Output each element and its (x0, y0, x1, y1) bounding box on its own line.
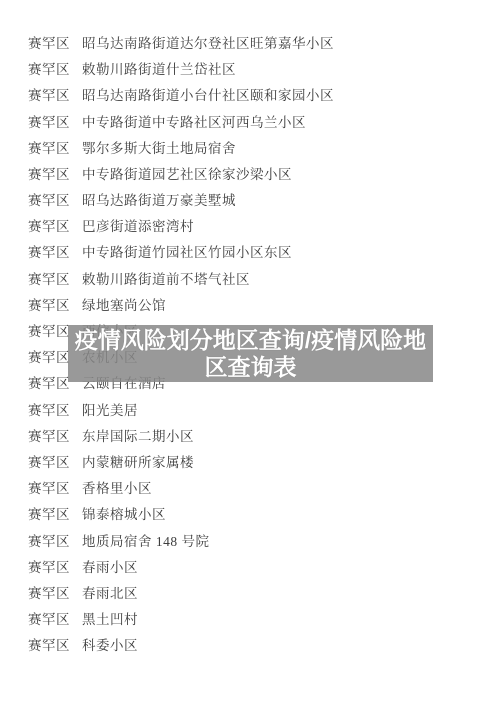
district-label: 赛罕区 (28, 294, 70, 314)
risk-area-row: 赛罕区昭乌达南路街道达尔登社区旺第嘉华小区 (28, 29, 500, 55)
risk-area-row: 赛罕区敕勒川路街道前不塔气社区 (28, 265, 500, 291)
district-label: 赛罕区 (28, 163, 70, 183)
area-name: 地质局宿舍 148 号院 (82, 530, 210, 550)
area-name: 阳光美居 (82, 399, 138, 419)
risk-area-row: 赛罕区巴彦街道添密湾村 (28, 212, 500, 238)
area-name: 鄂尔多斯大街土地局宿舍 (82, 137, 236, 157)
risk-area-row: 赛罕区东岸国际二期小区 (28, 422, 500, 448)
district-label: 赛罕区 (28, 32, 70, 52)
district-label: 赛罕区 (28, 84, 70, 104)
risk-area-row: 赛罕区中专路街道竹园社区竹园小区东区 (28, 238, 500, 264)
area-name: 昭乌达南路街道达尔登社区旺第嘉华小区 (82, 32, 334, 52)
area-name: 敕勒川路街道前不塔气社区 (82, 268, 250, 288)
area-name: 锦泰榕城小区 (82, 503, 166, 523)
area-name: 香格里小区 (82, 477, 152, 497)
risk-area-row: 赛罕区春雨北区 (28, 579, 500, 605)
district-label: 赛罕区 (28, 58, 70, 78)
area-name: 东岸国际二期小区 (82, 425, 194, 445)
watermark-banner: 疫情风险划分地区查询/疫情风险地 区查询表 (68, 325, 433, 382)
risk-area-row: 赛罕区黑土凹村 (28, 605, 500, 631)
risk-area-row: 赛罕区昭乌达南路街道小台什社区颐和家园小区 (28, 81, 500, 107)
risk-area-row: 赛罕区锦泰榕城小区 (28, 500, 500, 526)
district-label: 赛罕区 (28, 320, 70, 340)
area-name: 内蒙糖研所家属楼 (82, 451, 194, 471)
district-label: 赛罕区 (28, 372, 70, 392)
area-name: 春雨小区 (82, 556, 138, 576)
area-name: 昭乌达路街道万豪美墅城 (82, 189, 236, 209)
district-label: 赛罕区 (28, 477, 70, 497)
district-label: 赛罕区 (28, 425, 70, 445)
risk-area-row: 赛罕区中专路街道园艺社区徐家沙梁小区 (28, 160, 500, 186)
district-label: 赛罕区 (28, 556, 70, 576)
district-label: 赛罕区 (28, 399, 70, 419)
risk-area-row: 赛罕区昭乌达路街道万豪美墅城 (28, 186, 500, 212)
risk-area-row: 赛罕区内蒙糖研所家属楼 (28, 448, 500, 474)
district-label: 赛罕区 (28, 634, 70, 654)
area-name: 绿地塞尚公馆 (82, 294, 166, 314)
district-label: 赛罕区 (28, 241, 70, 261)
district-label: 赛罕区 (28, 137, 70, 157)
area-name: 中专路街道园艺社区徐家沙梁小区 (82, 163, 292, 183)
area-name: 中专路街道竹园社区竹园小区东区 (82, 241, 292, 261)
risk-area-row: 赛罕区春雨小区 (28, 553, 500, 579)
area-name: 中专路街道中专路社区河西乌兰小区 (82, 111, 306, 131)
risk-area-page: 赛罕区昭乌达南路街道达尔登社区旺第嘉华小区赛罕区敕勒川路街道什兰岱社区赛罕区昭乌… (0, 0, 500, 707)
area-name: 昭乌达南路街道小台什社区颐和家园小区 (82, 84, 334, 104)
watermark-title-line1: 疫情风险划分地区查询/疫情风险地 (68, 327, 433, 354)
district-label: 赛罕区 (28, 582, 70, 602)
risk-area-row: 赛罕区中专路街道中专路社区河西乌兰小区 (28, 107, 500, 133)
district-label: 赛罕区 (28, 530, 70, 550)
district-label: 赛罕区 (28, 189, 70, 209)
area-name: 春雨北区 (82, 582, 138, 602)
area-name: 科委小区 (82, 634, 138, 654)
district-label: 赛罕区 (28, 268, 70, 288)
district-label: 赛罕区 (28, 503, 70, 523)
risk-area-row: 赛罕区地质局宿舍 148 号院 (28, 526, 500, 552)
area-name: 巴彦街道添密湾村 (82, 215, 194, 235)
risk-area-row: 赛罕区鄂尔多斯大街土地局宿舍 (28, 134, 500, 160)
district-label: 赛罕区 (28, 451, 70, 471)
district-label: 赛罕区 (28, 608, 70, 628)
area-name: 敕勒川路街道什兰岱社区 (82, 58, 236, 78)
district-label: 赛罕区 (28, 215, 70, 235)
risk-area-row: 赛罕区阳光美居 (28, 396, 500, 422)
district-label: 赛罕区 (28, 346, 70, 366)
risk-area-row: 赛罕区敕勒川路街道什兰岱社区 (28, 55, 500, 81)
risk-area-row: 赛罕区绿地塞尚公馆 (28, 291, 500, 317)
district-label: 赛罕区 (28, 111, 70, 131)
risk-area-row: 赛罕区香格里小区 (28, 474, 500, 500)
risk-area-row: 赛罕区科委小区 (28, 631, 500, 657)
watermark-title-line2: 区查询表 (68, 354, 433, 381)
area-name: 黑土凹村 (82, 608, 138, 628)
